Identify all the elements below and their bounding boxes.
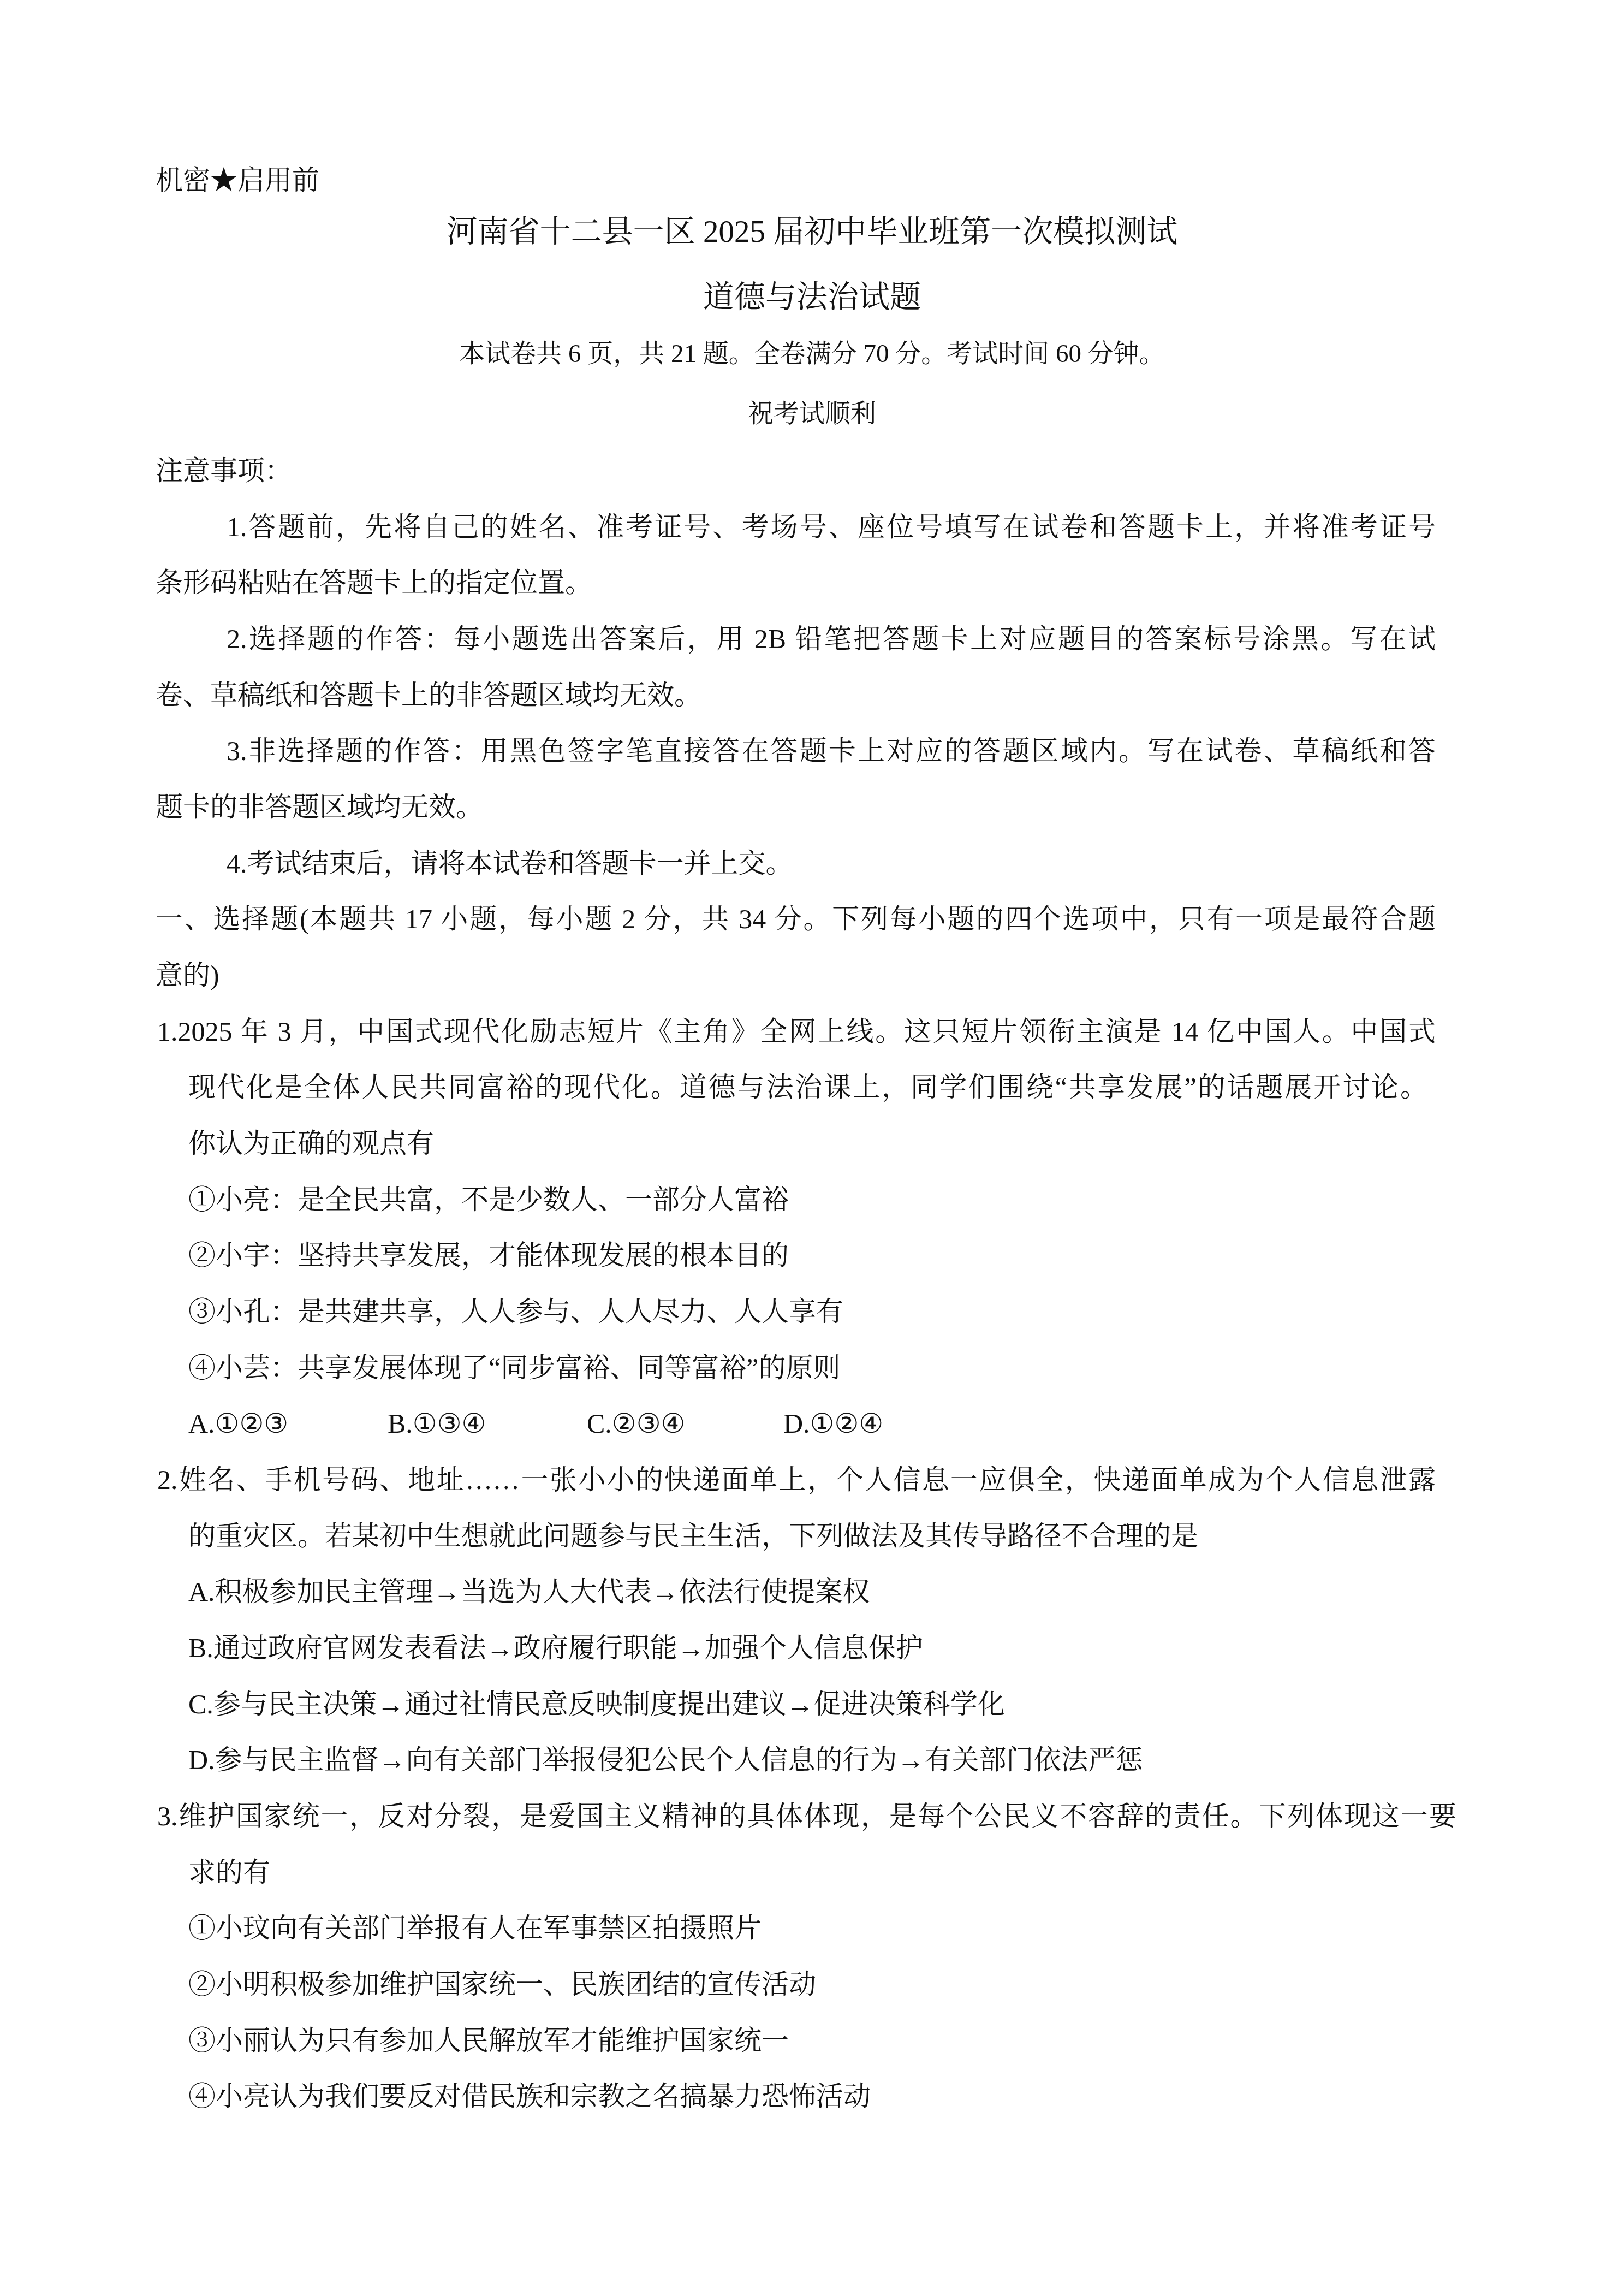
note-1-line-1: 1.答题前，先将自己的姓名、准考证号、考场号、座位号填写在试卷和答题卡上，并将准… (227, 511, 1436, 543)
question-2-option-b[interactable]: B.通过政府官网发表看法→政府履行职能→加强个人信息保护 (188, 1631, 923, 1664)
question-1-option-a[interactable]: A.①②③ (188, 1407, 288, 1440)
question-1-stem-line-2: 现代化是全体人民共同富裕的现代化。道德与法治课上，同学们围绕“共享发展”的话题展… (188, 1071, 1427, 1103)
section-1-heading-line-1: 一、选择题(本题共 17 小题，每小题 2 分，共 34 分。下列每小题的四个选… (156, 903, 1436, 935)
question-1-statement-3: ③小孔：是共建共享，人人参与、人人尽力、人人享有 (188, 1295, 843, 1328)
note-1-line-2: 条形码粘贴在答题卡上的指定位置。 (156, 566, 592, 599)
question-1-option-d[interactable]: D.①②④ (783, 1407, 883, 1440)
exam-subtitle: 道德与法治试题 (0, 279, 1624, 316)
question-3-stem-line-2: 求的有 (188, 1856, 270, 1889)
question-2-option-c[interactable]: C.参与民主决策→通过社情民意反映制度提出建议→促进决策科学化 (188, 1688, 1005, 1720)
greeting: 祝考试顺利 (0, 398, 1624, 430)
confidential-label: 机密★启用前 (156, 164, 319, 197)
section-1-heading-line-2: 意的) (156, 959, 219, 992)
question-2-option-a[interactable]: A.积极参加民主管理→当选为人大代表→依法行使提案权 (188, 1575, 870, 1608)
question-1-statement-1: ①小亮：是全民共富，不是少数人、一部分人富裕 (188, 1183, 789, 1216)
exam-page: 机密★启用前 河南省十二县一区 2025 届初中毕业班第一次模拟测试 道德与法治… (0, 0, 1624, 2296)
note-3-line-1: 3.非选择题的作答：用黑色签字笔直接答在答题卡上对应的答题区域内。写在试卷、草稿… (227, 734, 1436, 767)
question-1-option-b[interactable]: B.①③④ (388, 1407, 486, 1440)
question-3-statement-1: ①小玟向有关部门举报有人在军事禁区拍摄照片 (188, 1912, 762, 1944)
notes-heading: 注意事项： (156, 454, 292, 487)
note-2-line-2: 卷、草稿纸和答题卡上的非答题区域均无效。 (156, 679, 701, 711)
question-1-stem-line-1: 1.2025 年 3 月，中国式现代化励志短片《主角》全网上线。这只短片领衔主演… (157, 1015, 1436, 1048)
note-2-line-1: 2.选择题的作答：每小题选出答案后，用 2B 铅笔把答题卡上对应题目的答案标号涂… (227, 622, 1436, 655)
exam-info: 本试卷共 6 页，共 21 题。全卷满分 70 分。考试时间 60 分钟。 (0, 337, 1624, 370)
question-3-stem-line-1: 3.维护国家统一，反对分裂，是爱国主义精神的具体体现，是每个公民义不容辞的责任。… (157, 1800, 1456, 1832)
question-1-statement-4: ④小芸：共享发展体现了“同步富裕、同等富裕”的原则 (188, 1351, 840, 1384)
question-2-option-d[interactable]: D.参与民主监督→向有关部门举报侵犯公民个人信息的行为→有关部门依法严惩 (188, 1743, 1143, 1776)
question-3-statement-3: ③小丽认为只有参加人民解放军才能维护国家统一 (188, 2024, 789, 2057)
note-3-line-2: 题卡的非答题区域均无效。 (156, 791, 483, 823)
question-2-stem-line-2: 的重灾区。若某初中生想就此问题参与民主生活，下列做法及其传导路径不合理的是 (188, 1520, 1198, 1552)
question-3-statement-4: ④小亮认为我们要反对借民族和宗教之名搞暴力恐怖活动 (188, 2080, 871, 2113)
question-1-stem-line-3: 你认为正确的观点有 (188, 1127, 434, 1160)
question-3-statement-2: ②小明积极参加维护国家统一、民族团结的宣传活动 (188, 1968, 816, 2001)
question-1-statement-2: ②小宇：坚持共享发展，才能体现发展的根本目的 (188, 1239, 789, 1272)
question-2-stem-line-1: 2.姓名、手机号码、地址……一张小小的快递面单上，个人信息一应俱全，快递面单成为… (157, 1463, 1436, 1496)
question-1-option-c[interactable]: C.②③④ (587, 1407, 685, 1440)
exam-title: 河南省十二县一区 2025 届初中毕业班第一次模拟测试 (0, 213, 1624, 251)
note-4-line-1: 4.考试结束后，请将本试卷和答题卡一并上交。 (227, 847, 793, 880)
question-1-options: A.①②③ B.①③④ C.②③④ D.①②④ (188, 1407, 898, 1440)
